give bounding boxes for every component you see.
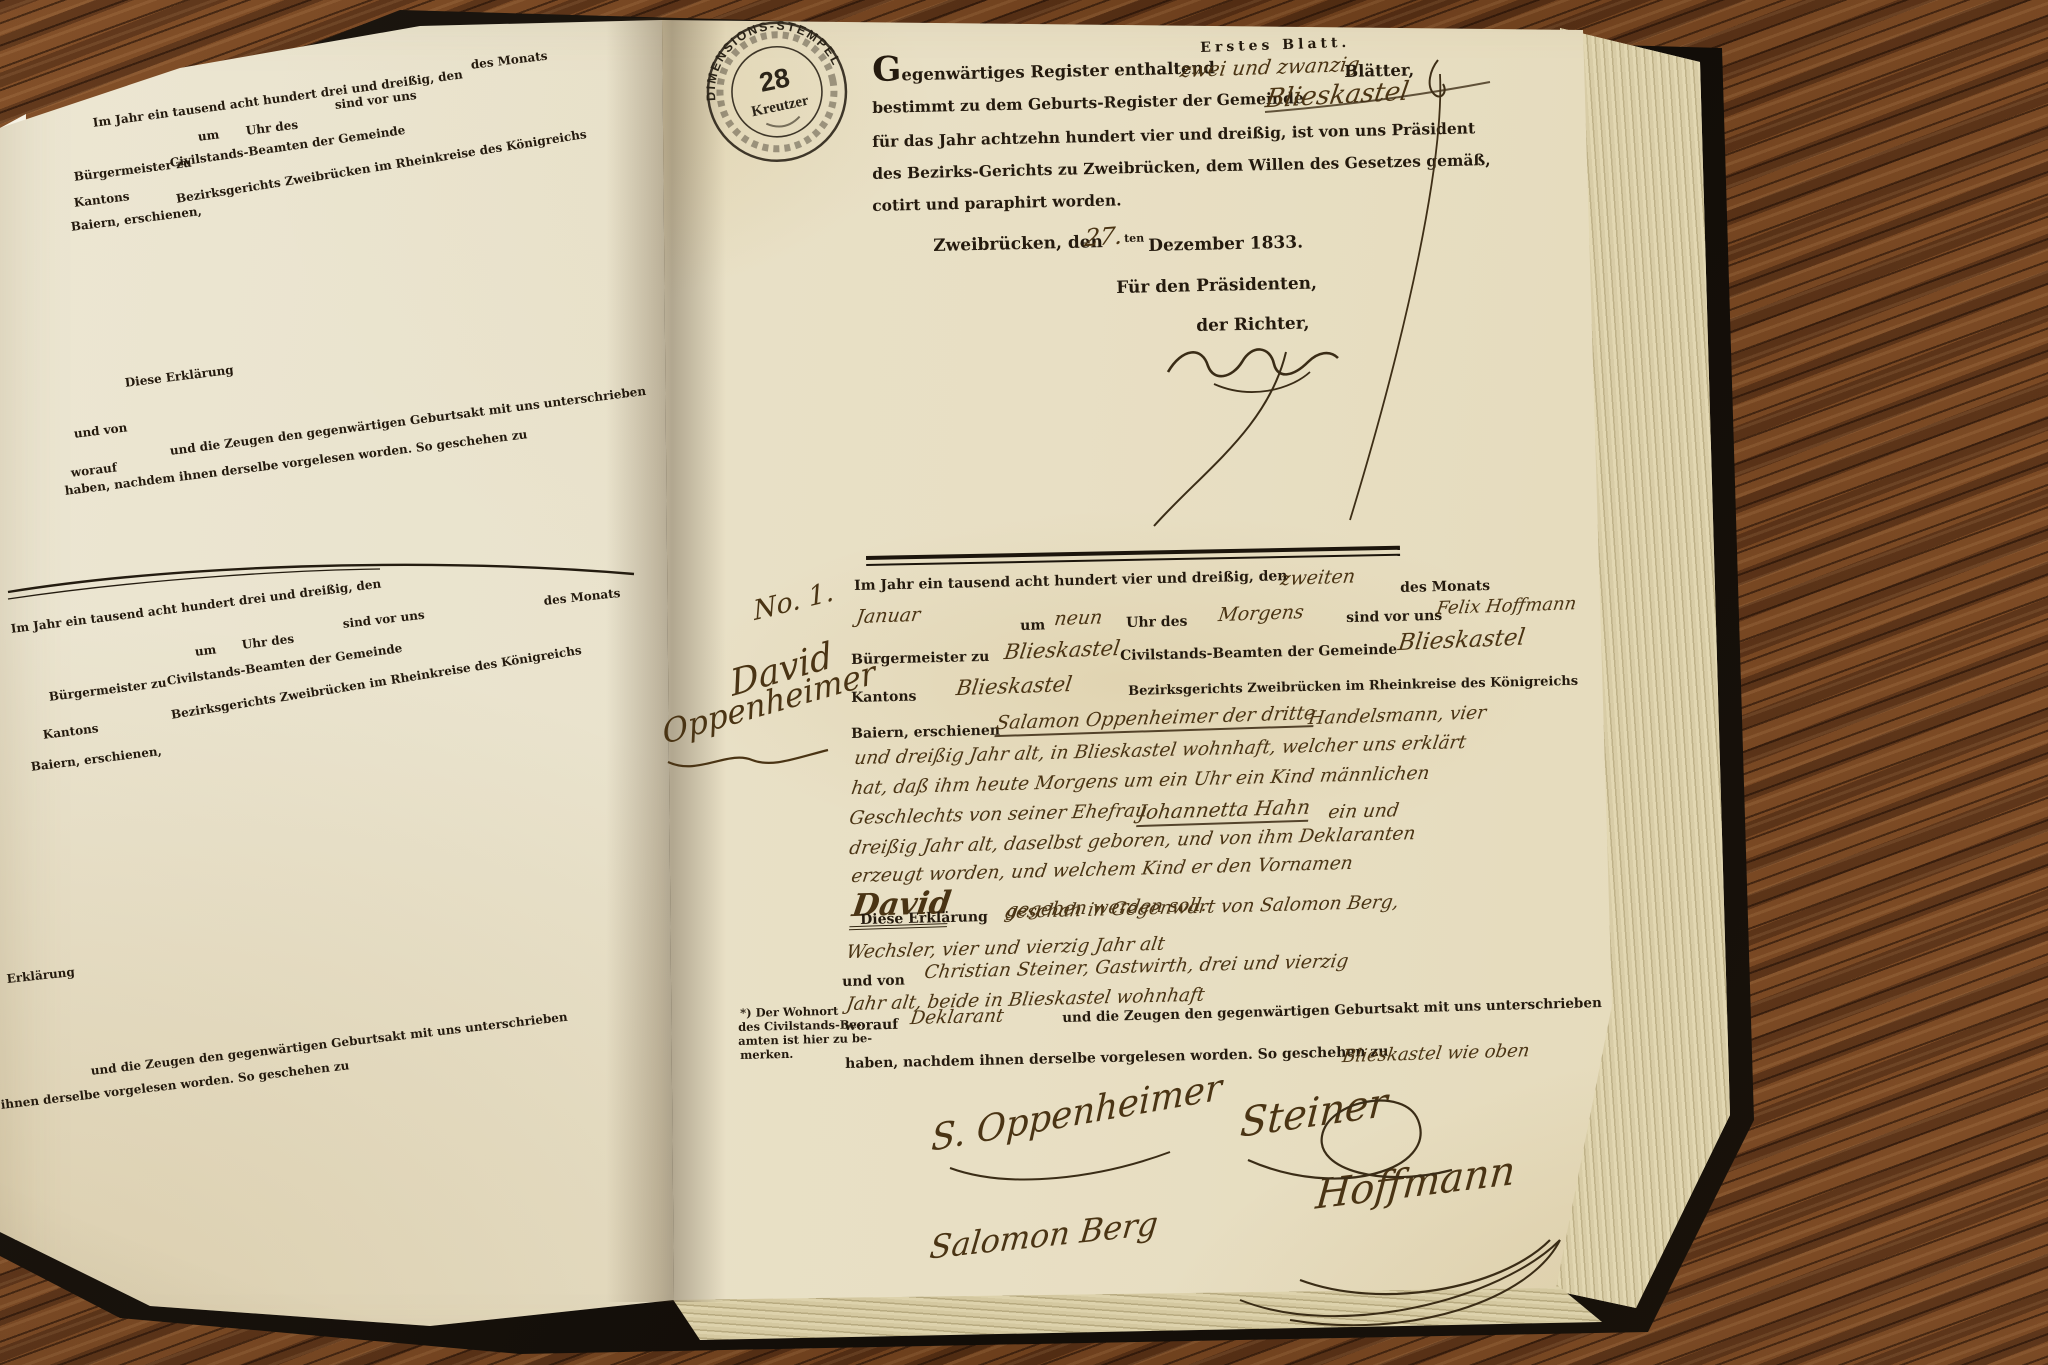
photo-vignette — [0, 0, 2048, 1365]
photographed-birth-register-book: Im Jahr ein tausend acht hundert drei un… — [0, 0, 2048, 1365]
